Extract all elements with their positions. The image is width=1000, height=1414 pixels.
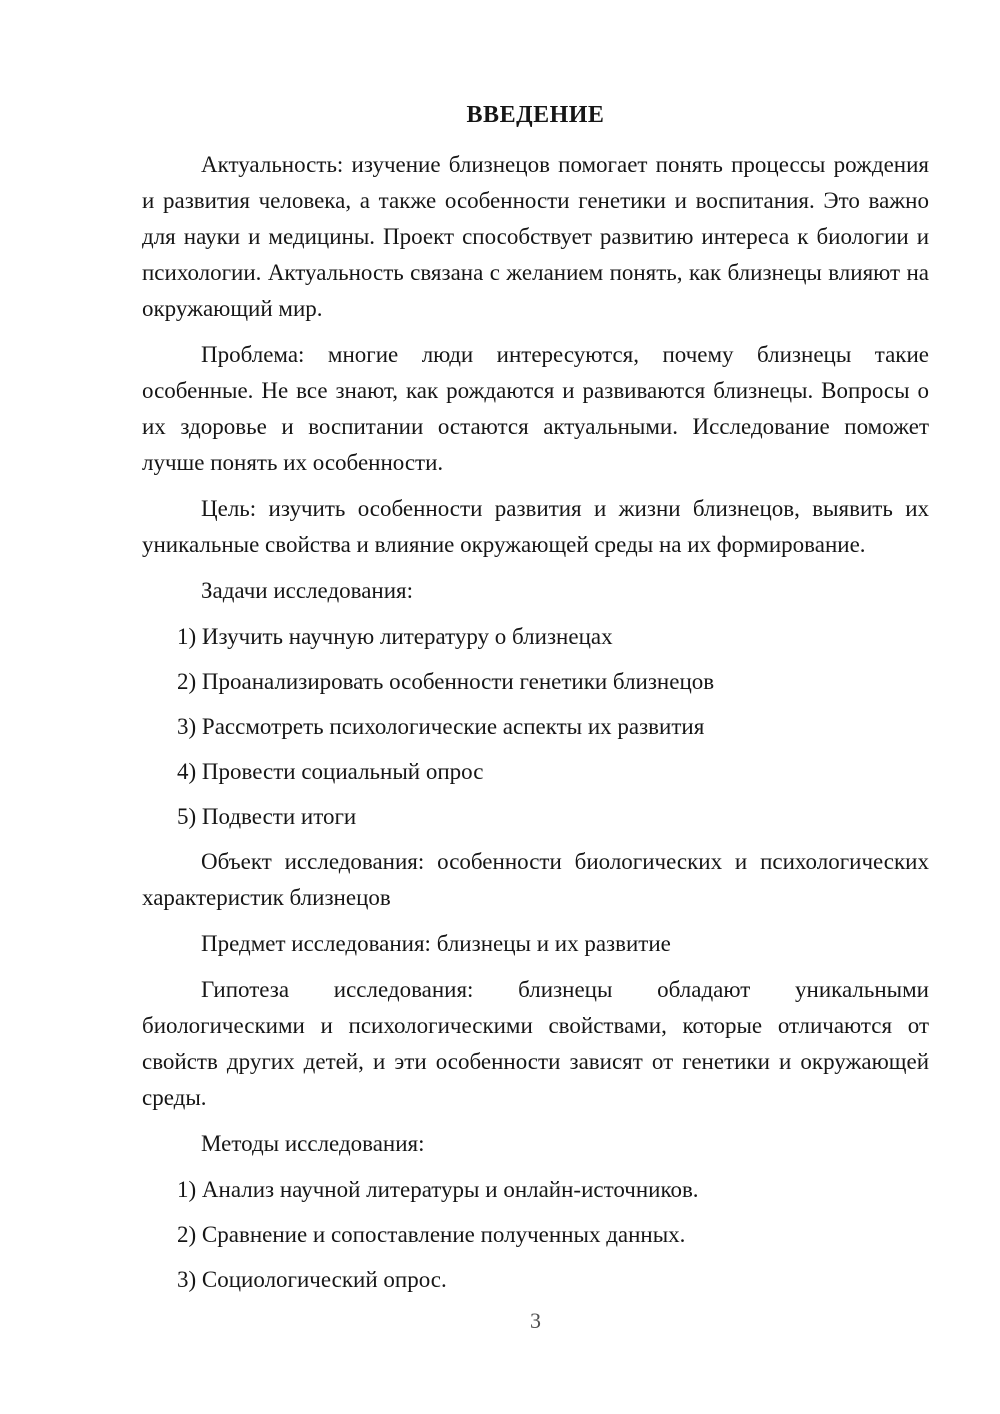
paragraph-goal: Цель: изучить особенности развития и жиз… xyxy=(142,491,929,563)
paragraph-subject: Предмет исследования: близнецы и их разв… xyxy=(142,926,929,962)
task-item-1: 1) Изучить научную литературу о близнеца… xyxy=(142,619,929,655)
document-page: ВВЕДЕНИЕ Актуальность: изучение близнецо… xyxy=(0,0,1000,1414)
task-item-4: 4) Провести социальный опрос xyxy=(142,754,929,790)
paragraph-problem: Проблема: многие люди интересуются, поче… xyxy=(142,337,929,481)
method-item-2: 2) Сравнение и сопоставление полученных … xyxy=(142,1217,929,1253)
paragraph-relevance: Актуальность: изучение близнецов помогае… xyxy=(142,147,929,327)
paragraph-object: Объект исследования: особенности биологи… xyxy=(142,844,929,916)
section-heading: ВВЕДЕНИЕ xyxy=(142,97,929,133)
task-item-2: 2) Проанализировать особенности генетики… xyxy=(142,664,929,700)
page-number: 3 xyxy=(142,1307,929,1335)
document-content: ВВЕДЕНИЕ Актуальность: изучение близнецо… xyxy=(0,0,1000,1335)
tasks-heading: Задачи исследования: xyxy=(142,573,929,609)
task-item-5: 5) Подвести итоги xyxy=(142,799,929,835)
method-item-1: 1) Анализ научной литературы и онлайн-ис… xyxy=(142,1172,929,1208)
task-item-3: 3) Рассмотреть психологические аспекты и… xyxy=(142,709,929,745)
paragraph-hypothesis: Гипотеза исследования: близнецы обладают… xyxy=(142,972,929,1116)
methods-heading: Методы исследования: xyxy=(142,1126,929,1162)
method-item-3: 3) Социологический опрос. xyxy=(142,1262,929,1298)
